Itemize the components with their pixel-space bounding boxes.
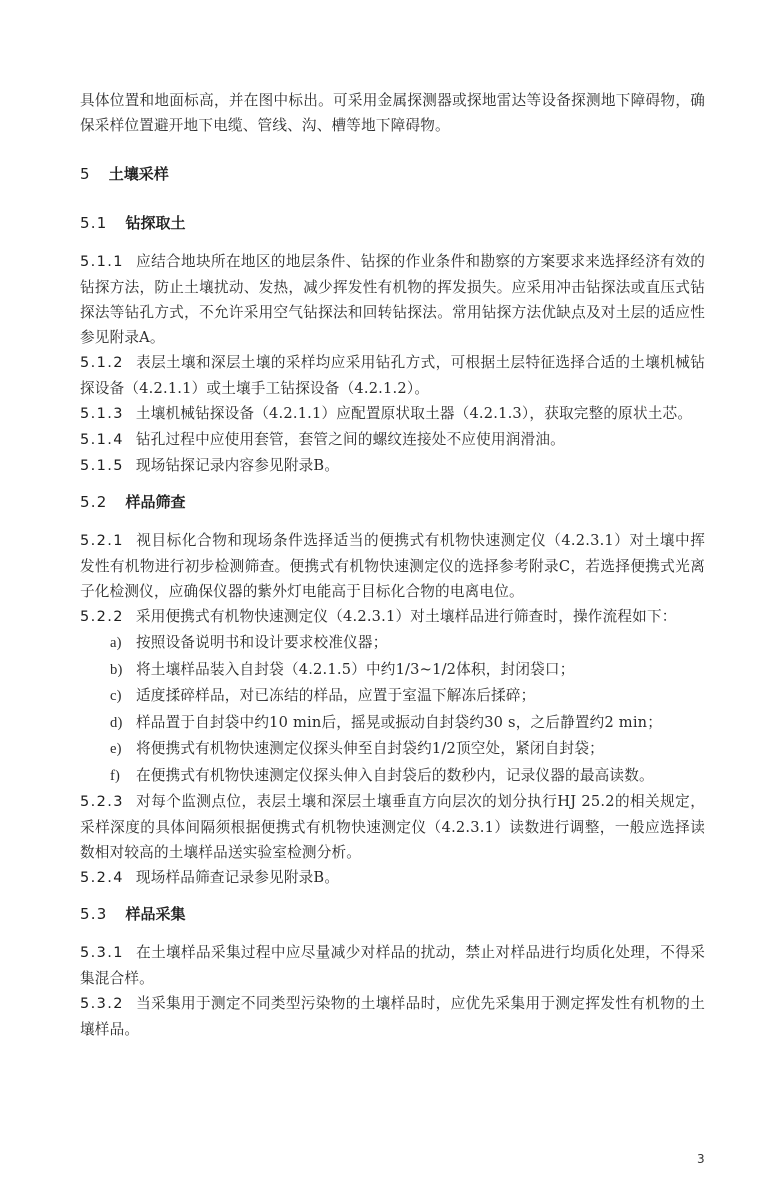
clause-text: 当采集用于测定不同类型污染物的土壤样品时，应优先采集用于测定挥发性有机物的土壤样… <box>80 995 705 1038</box>
clause-text: 应结合地块所在地区的地层条件、钻探的作业条件和勘察的方案要求来选择经济有效的钻探… <box>80 253 705 346</box>
clause-number: 5.1.3 <box>80 406 124 422</box>
clause-5-2-3: 5.2.3对每个监测点位，表层土壤和深层土壤垂直方向层次的划分执行HJ 25.2… <box>80 789 705 865</box>
step-e: e)将便携式有机物快速测定仪探头伸至自封袋约1/2顶空处，紧闭自封袋； <box>80 736 705 763</box>
clause-5-2-1: 5.2.1视目标化合物和现场条件选择适当的便携式有机物快速测定仪（4.2.3.1… <box>80 528 705 604</box>
clause-number: 5.2.4 <box>80 870 124 886</box>
step-f: f)在便携式有机物快速测定仪探头伸入自封袋后的数秒内，记录仪器的最高读数。 <box>80 763 705 790</box>
clause-5-2-4: 5.2.4现场样品筛查记录参见附录B。 <box>80 865 705 891</box>
section-title: 样品筛查 <box>125 493 185 511</box>
clause-number: 5.1.2 <box>80 355 124 371</box>
clause-text: 钻孔过程中应使用套管，套管之间的螺纹连接处不应使用润滑油。 <box>136 431 565 448</box>
clause-number: 5.2.3 <box>80 794 124 810</box>
clause-number: 5.1.1 <box>80 254 124 270</box>
clause-5-1-1: 5.1.1应结合地块所在地区的地层条件、钻探的作业条件和勘察的方案要求来选择经济… <box>80 249 705 350</box>
section-5-1-heading: 5.1钻探取土 <box>80 211 705 236</box>
clause-number: 5.2.2 <box>80 609 124 625</box>
section-title: 样品采集 <box>125 905 185 923</box>
clause-number: 5.1.4 <box>80 432 124 448</box>
step-text: 在便携式有机物快速测定仪探头伸入自封袋后的数秒内，记录仪器的最高读数。 <box>136 767 654 784</box>
step-text: 适度揉碎样品，对已冻结的样品，应置于室温下解冻后揉碎； <box>136 687 535 704</box>
clause-text: 对每个监测点位，表层土壤和深层土壤垂直方向层次的划分执行HJ 25.2的相关规定… <box>80 793 705 861</box>
section-number: 5.1 <box>80 214 107 232</box>
section-number: 5.2 <box>80 493 107 511</box>
clause-number: 5.2.1 <box>80 533 124 549</box>
clause-text: 在土壤样品采集过程中应尽量减少对样品的扰动，禁止对样品进行均质化处理，不得采集混… <box>80 944 705 987</box>
clause-number: 5.3.2 <box>80 996 124 1012</box>
clause-5-3-2: 5.3.2当采集用于测定不同类型污染物的土壤样品时，应优先采集用于测定挥发性有机… <box>80 991 705 1042</box>
clause-5-1-4: 5.1.4钻孔过程中应使用套管，套管之间的螺纹连接处不应使用润滑油。 <box>80 427 705 453</box>
step-a: a)按照设备说明书和设计要求校准仪器； <box>80 630 705 657</box>
step-c: c)适度揉碎样品，对已冻结的样品，应置于室温下解冻后揉碎； <box>80 683 705 710</box>
step-marker: a) <box>110 631 136 657</box>
clause-5-2-2: 5.2.2采用便携式有机物快速测定仪（4.2.3.1）对土壤样品进行筛查时，操作… <box>80 604 705 630</box>
step-marker: b) <box>110 658 136 684</box>
section-number: 5 <box>80 165 91 183</box>
step-text: 按照设备说明书和设计要求校准仪器； <box>136 634 388 651</box>
clause-text: 表层土壤和深层土壤的采样均应采用钻孔方式，可根据土层特征选择合适的土壤机械钻探设… <box>80 354 705 397</box>
clause-5-1-2: 5.1.2表层土壤和深层土壤的采样均应采用钻孔方式，可根据土层特征选择合适的土壤… <box>80 350 705 401</box>
clause-text: 现场钻探记录内容参见附录B。 <box>136 457 339 474</box>
clause-number: 5.1.5 <box>80 458 124 474</box>
document-page: 具体位置和地面标高，并在图中标出。可采用金属探测器或探地雷达等设备探测地下障碍物… <box>80 88 705 1042</box>
section-title: 钻探取土 <box>125 214 185 232</box>
step-marker: f) <box>110 764 136 790</box>
clause-5-1-3: 5.1.3土壤机械钻探设备（4.2.1.1）应配置原状取土器（4.2.1.3），… <box>80 401 705 427</box>
clause-text: 土壤机械钻探设备（4.2.1.1）应配置原状取土器（4.2.1.3），获取完整的… <box>136 405 692 422</box>
page-number: 3 <box>697 1152 705 1166</box>
clause-5-1-5: 5.1.5现场钻探记录内容参见附录B。 <box>80 453 705 479</box>
intro-paragraph: 具体位置和地面标高，并在图中标出。可采用金属探测器或探地雷达等设备探测地下障碍物… <box>80 88 705 138</box>
clause-text: 视目标化合物和现场条件选择适当的便携式有机物快速测定仪（4.2.3.1）对土壤中… <box>80 532 705 600</box>
step-text: 将土壤样品装入自封袋（4.2.1.5）中约1/3~1/2体积，封闭袋口； <box>136 661 575 678</box>
section-title: 土壤采样 <box>109 165 169 183</box>
step-marker: c) <box>110 684 136 710</box>
section-5-2-heading: 5.2样品筛查 <box>80 490 705 515</box>
step-text: 样品置于自封袋中约10 min后，摇晃或振动自封袋约30 s，之后静置约2 mi… <box>136 714 662 731</box>
step-b: b)将土壤样品装入自封袋（4.2.1.5）中约1/3~1/2体积，封闭袋口； <box>80 657 705 684</box>
clause-text: 现场样品筛查记录参见附录B。 <box>136 869 339 886</box>
step-marker: d) <box>110 711 136 737</box>
step-text: 将便携式有机物快速测定仪探头伸至自封袋约1/2顶空处，紧闭自封袋； <box>136 740 604 757</box>
step-marker: e) <box>110 737 136 763</box>
section-5-heading: 5土壤采样 <box>80 162 705 187</box>
clause-text: 采用便携式有机物快速测定仪（4.2.3.1）对土壤样品进行筛查时，操作流程如下： <box>136 608 677 625</box>
step-d: d)样品置于自封袋中约10 min后，摇晃或振动自封袋约30 s，之后静置约2 … <box>80 710 705 737</box>
section-5-3-heading: 5.3样品采集 <box>80 902 705 927</box>
clause-number: 5.3.1 <box>80 945 124 961</box>
clause-5-3-1: 5.3.1在土壤样品采集过程中应尽量减少对样品的扰动，禁止对样品进行均质化处理，… <box>80 940 705 991</box>
section-number: 5.3 <box>80 905 107 923</box>
